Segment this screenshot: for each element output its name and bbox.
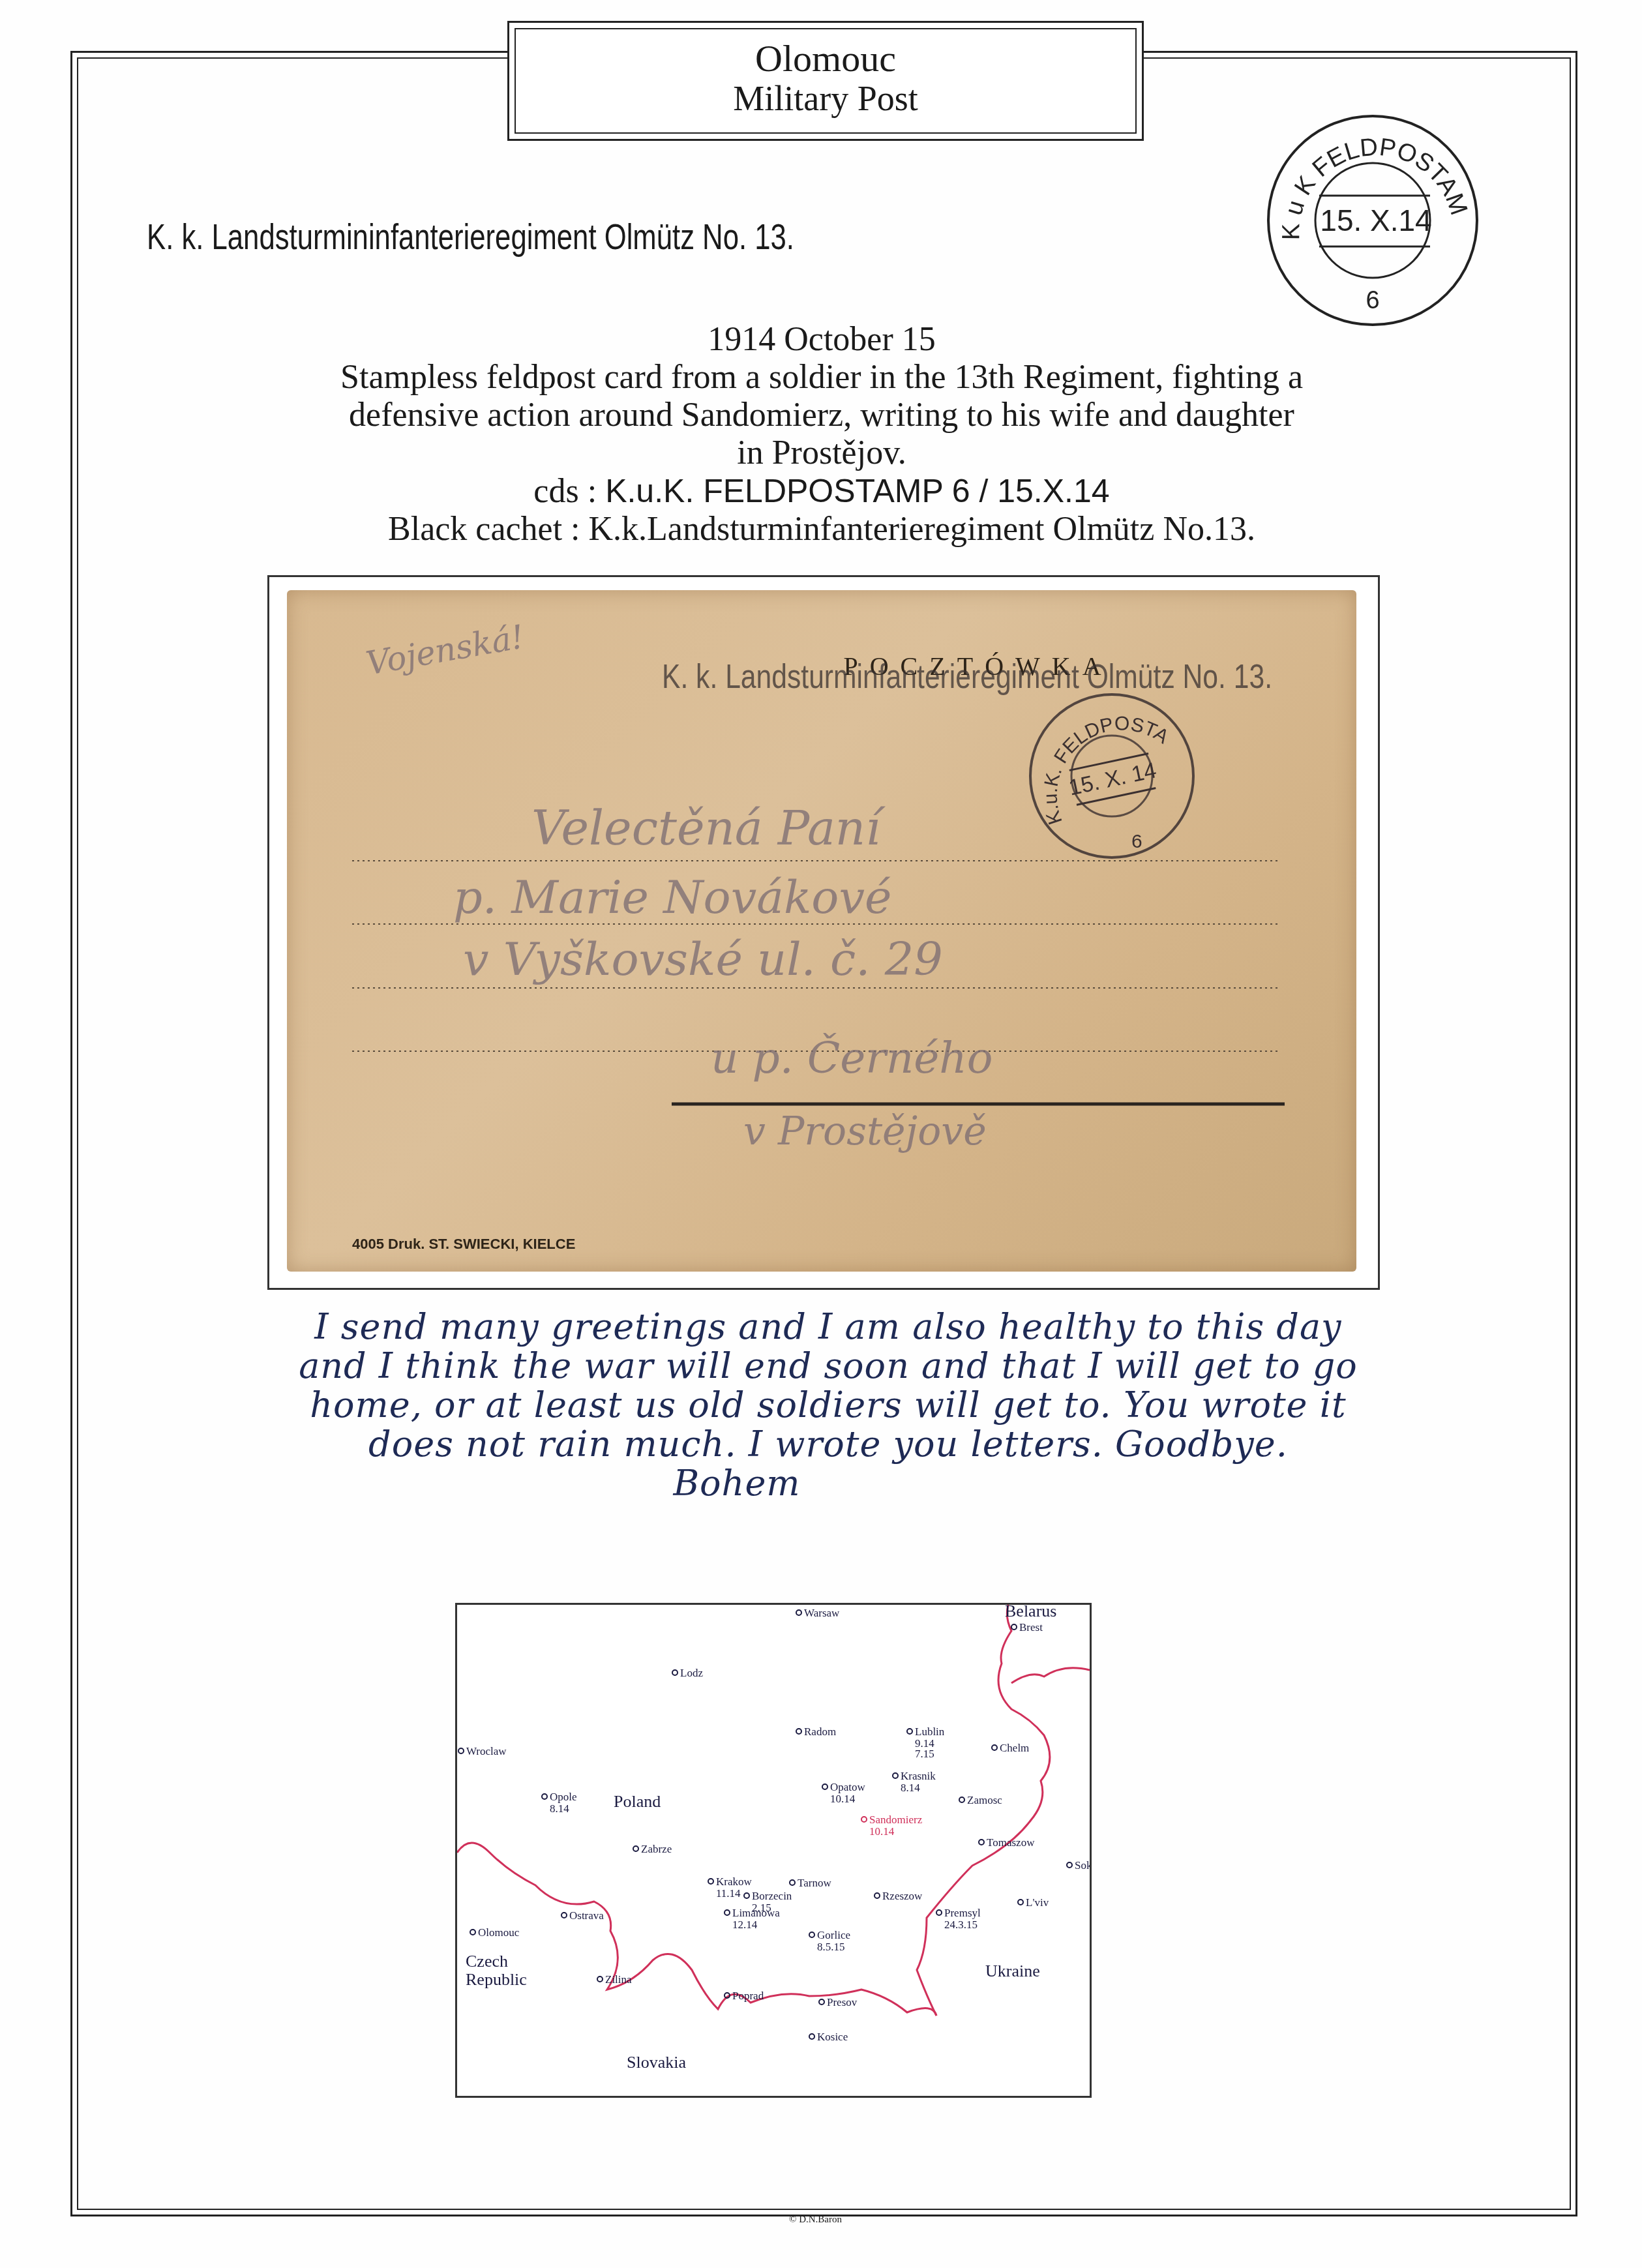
svg-text:15. X. 14: 15. X. 14 bbox=[1067, 758, 1159, 800]
svg-text:v Prostějově: v Prostějově bbox=[743, 1109, 987, 1154]
border-south bbox=[457, 1843, 936, 2016]
svg-text:10.14: 10.14 bbox=[830, 1793, 856, 1805]
translation-line: and I think the war will end soon and th… bbox=[274, 1347, 1382, 1386]
svg-text:Velectěná Paní: Velectěná Paní bbox=[531, 801, 886, 856]
svg-text:v Vyškovské ul. č. 29: v Vyškovské ul. č. 29 bbox=[463, 933, 943, 986]
page-subtitle: Military Post bbox=[516, 79, 1135, 118]
page-title: Olomouc bbox=[516, 38, 1135, 79]
svg-text:Borzecin: Borzecin bbox=[752, 1890, 792, 1902]
translation-line: I send many greetings and I am also heal… bbox=[274, 1307, 1382, 1347]
svg-text:Ukraine: Ukraine bbox=[985, 1962, 1040, 1980]
svg-text:10.14: 10.14 bbox=[869, 1825, 895, 1838]
svg-text:Krasnik: Krasnik bbox=[901, 1770, 936, 1782]
translation-line: does not rain much. I wrote you letters.… bbox=[274, 1425, 1382, 1464]
svg-text:p. Marie Novákové: p. Marie Novákové bbox=[453, 871, 891, 924]
svg-text:12.14: 12.14 bbox=[732, 1918, 758, 1931]
svg-text:Presov: Presov bbox=[827, 1996, 858, 2008]
svg-text:Tomaszow: Tomaszow bbox=[987, 1836, 1035, 1849]
svg-text:4005 Druk. ST. SWIECKI, KIEL: 4005 Druk. ST. SWIECKI, KIELCE bbox=[352, 1236, 575, 1252]
cds-value: K.u.K. FELDPOSTAMP 6 / 15.X.14 bbox=[605, 473, 1110, 509]
svg-text:6: 6 bbox=[1131, 831, 1142, 852]
svg-text:Zilina: Zilina bbox=[605, 1973, 632, 1986]
svg-text:8.14: 8.14 bbox=[901, 1782, 920, 1794]
svg-text:7.15: 7.15 bbox=[915, 1748, 934, 1760]
svg-text:u p. Černého: u p. Černého bbox=[711, 1033, 993, 1083]
svg-text:Rzeszow: Rzeszow bbox=[882, 1890, 923, 1902]
svg-text:Brest: Brest bbox=[1019, 1621, 1043, 1634]
svg-text:Krakow: Krakow bbox=[716, 1875, 752, 1888]
translation-line: home, or at least us old soldiers will g… bbox=[274, 1386, 1382, 1425]
postcard-image: POCZTÓWKA K. k. Landsturminfanterieregim… bbox=[287, 590, 1356, 1272]
description-date: 1914 October 15 bbox=[248, 321, 1396, 359]
svg-text:Ostrava: Ostrava bbox=[569, 1909, 604, 1922]
svg-text:Wroclaw: Wroclaw bbox=[466, 1745, 507, 1757]
svg-text:Zamosc: Zamosc bbox=[967, 1794, 1002, 1806]
svg-text:L'viv: L'viv bbox=[1026, 1896, 1049, 1909]
cds-line: cds : K.u.K. FELDPOSTAMP 6 / 15.X.14 bbox=[248, 472, 1396, 511]
description-line: Stampless feldpost card from a soldier i… bbox=[248, 359, 1396, 396]
svg-text:Opole: Opole bbox=[550, 1791, 577, 1803]
svg-text:Olomouc: Olomouc bbox=[478, 1926, 520, 1939]
campaign-map: WarsawBrestLodzRadomLublin9.147.15ChelmW… bbox=[455, 1603, 1092, 2098]
svg-text:Kosice: Kosice bbox=[817, 2031, 848, 2043]
svg-text:Poland: Poland bbox=[614, 1792, 661, 1811]
card-postmark: 15. X. 14 K.u.K. FELDPOSTAMT 6 bbox=[1017, 694, 1193, 858]
svg-text:Republic: Republic bbox=[466, 1970, 527, 1989]
cachet-line: Black cachet : K.k.Landsturminfanteriere… bbox=[248, 511, 1396, 548]
svg-text:15. X.14: 15. X.14 bbox=[1320, 203, 1431, 237]
svg-text:Tarnow: Tarnow bbox=[798, 1877, 831, 1889]
svg-text:Zabrze: Zabrze bbox=[641, 1843, 672, 1855]
svg-text:Slovakia: Slovakia bbox=[627, 2053, 686, 2072]
svg-text:Belarus: Belarus bbox=[1005, 1605, 1056, 1620]
svg-text:8.14: 8.14 bbox=[550, 1802, 569, 1815]
description-line: defensive action around Sandomierz, writ… bbox=[248, 396, 1396, 434]
title-box: Olomouc Military Post bbox=[507, 21, 1144, 141]
svg-text:Limanowa: Limanowa bbox=[732, 1907, 780, 1919]
svg-text:Chelm: Chelm bbox=[1000, 1742, 1029, 1754]
svg-text:Warsaw: Warsaw bbox=[804, 1607, 840, 1619]
description-block: 1914 October 15 Stampless feldpost card … bbox=[248, 321, 1396, 548]
svg-text:Czech: Czech bbox=[466, 1952, 508, 1971]
svg-text:Lublin: Lublin bbox=[915, 1725, 945, 1738]
svg-text:Premsyl: Premsyl bbox=[944, 1907, 981, 1919]
svg-text:Poprad: Poprad bbox=[732, 1990, 764, 2002]
svg-text:Vojenská!: Vojenská! bbox=[363, 618, 527, 683]
regiment-caption: K. k. Landsturmininfanterieregiment Olmü… bbox=[147, 215, 794, 258]
svg-text:8.5.15: 8.5.15 bbox=[817, 1941, 845, 1953]
translation-signature: Bohem bbox=[91, 1464, 1382, 1503]
svg-text:Sandomierz: Sandomierz bbox=[869, 1813, 923, 1826]
svg-text:24.3.15: 24.3.15 bbox=[944, 1918, 978, 1931]
svg-text:Radom: Radom bbox=[804, 1725, 836, 1738]
svg-text:11.14: 11.14 bbox=[716, 1887, 741, 1900]
copyright: © D.N.Baron bbox=[789, 2215, 842, 2226]
translation-text: I send many greetings and I am also heal… bbox=[274, 1307, 1382, 1503]
svg-text:Opatow: Opatow bbox=[830, 1781, 866, 1793]
svg-text:Sokal: Sokal bbox=[1075, 1859, 1090, 1872]
border-east bbox=[917, 1605, 1050, 2016]
description-line: in Prostějov. bbox=[248, 434, 1396, 472]
svg-text:Gorlice: Gorlice bbox=[817, 1929, 850, 1941]
svg-text:K. k. Landsturminfanterieregim: K. k. Landsturminfanterieregiment Olmütz… bbox=[662, 658, 1272, 696]
svg-text:6: 6 bbox=[1366, 287, 1379, 314]
svg-text:Lodz: Lodz bbox=[680, 1667, 703, 1679]
postmark-illustration: K u K FELDPOSTAMT 15. X.14 6 bbox=[1262, 110, 1484, 331]
